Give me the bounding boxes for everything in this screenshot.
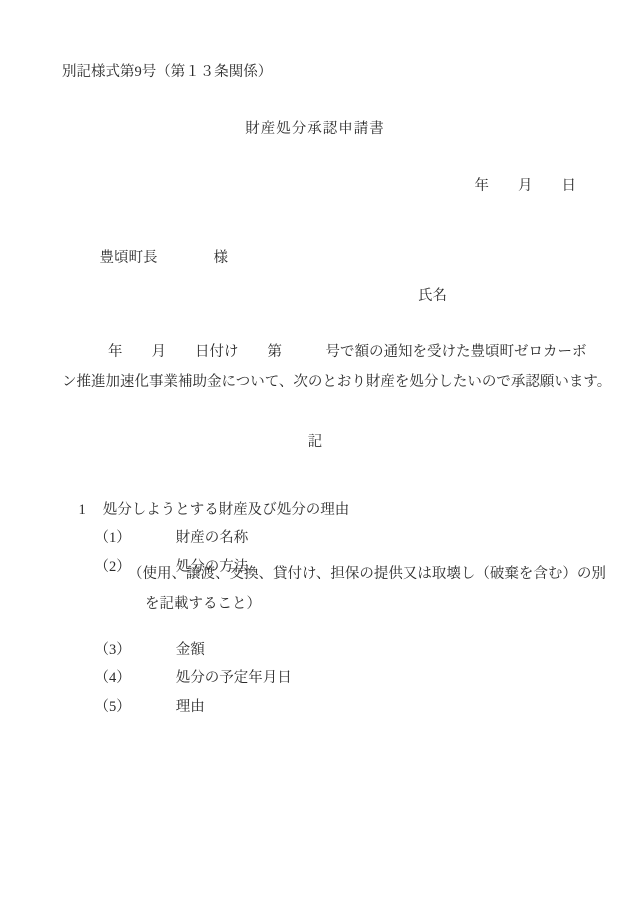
addressee-line: 豊頃町長様 bbox=[85, 233, 228, 283]
applicant-name-label: 氏名 bbox=[418, 288, 447, 305]
record-marker: 記 bbox=[0, 434, 630, 451]
body-paragraph-line-2: ン推進加速化事業補助金について、次のとおり財産を処分したいので承認願います。 bbox=[62, 374, 611, 391]
list-item-2-number: （2） bbox=[95, 559, 131, 575]
list-item-5-number: （5） bbox=[95, 699, 131, 715]
document-title: 財産処分承認申請書 bbox=[0, 121, 630, 138]
date-blank-line: 年 月 日 bbox=[475, 178, 577, 195]
property-disposal-application-form: 別記様式第9号（第１３条関係） 財産処分承認申請書 年 月 日 豊頃町長様 氏名… bbox=[0, 0, 630, 903]
list-item-5: （5）理由 bbox=[80, 682, 205, 732]
form-number: 別記様式第9号（第１３条関係） bbox=[62, 64, 272, 81]
addressee-name: 豊頃町長 bbox=[100, 250, 158, 266]
disposal-method-note-line-2: を記載すること） bbox=[145, 596, 261, 613]
addressee-honorific: 様 bbox=[214, 250, 229, 266]
list-item-5-label: 理由 bbox=[176, 699, 205, 715]
body-paragraph-line-1: 年 月 日付け 第 号で額の通知を受けた豊頃町ゼロカーボ bbox=[108, 344, 587, 361]
disposal-method-note-line-1: （使用、譲渡、交換、貸付け、担保の提供又は取壊し（破棄を含む）の別 bbox=[128, 566, 606, 583]
